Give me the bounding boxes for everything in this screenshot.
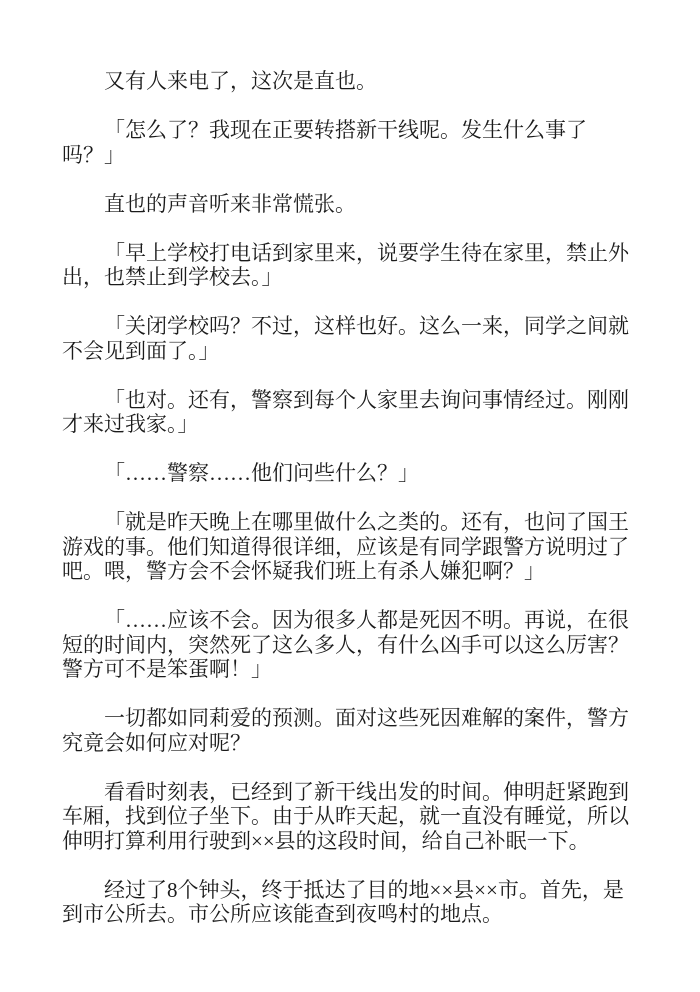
paragraph-dialogue: 「也对。还有，警察到每个人家里去询问事情经过。刚刚才来过我家。」	[62, 388, 638, 437]
paragraph-narration: 一切都如同莉爱的预测。面对这些死因难解的案件，警方究竟会如何应对呢？	[62, 706, 638, 755]
paragraph-narration: 直也的声音听来非常慌张。	[62, 192, 638, 217]
paragraph-dialogue: 「早上学校打电话到家里来，说要学生待在家里，禁止外出，也禁止到学校去。」	[62, 241, 638, 290]
paragraph-dialogue: 「怎么了？我现在正要转搭新干线呢。发生什么事了吗？」	[62, 118, 638, 167]
paragraph-dialogue: 「就是昨天晚上在哪里做什么之类的。还有，也问了国王游戏的事。他们知道得很详细，应…	[62, 510, 638, 584]
paragraph-dialogue: 「……警察……他们问些什么？」	[62, 461, 638, 486]
novel-page: 又有人来电了，这次是直也。 「怎么了？我现在正要转搭新干线呢。发生什么事了吗？」…	[0, 0, 700, 992]
paragraph-dialogue: 「关闭学校吗？不过，这样也好。这么一来，同学之间就不会见到面了。」	[62, 314, 638, 363]
text-content: 又有人来电了，这次是直也。 「怎么了？我现在正要转搭新干线呢。发生什么事了吗？」…	[62, 69, 638, 927]
paragraph-narration: 经过了8个钟头，终于抵达了目的地××县××市。首先，是到市公所去。市公所应该能查…	[62, 878, 638, 927]
paragraph-dialogue: 「……应该不会。因为很多人都是死因不明。再说，在很短的时间内，突然死了这么多人，…	[62, 608, 638, 682]
paragraph-narration: 又有人来电了，这次是直也。	[62, 69, 638, 94]
paragraph-narration: 看看时刻表，已经到了新干线出发的时间。伸明赶紧跑到车厢，找到位子坐下。由于从昨天…	[62, 780, 638, 854]
